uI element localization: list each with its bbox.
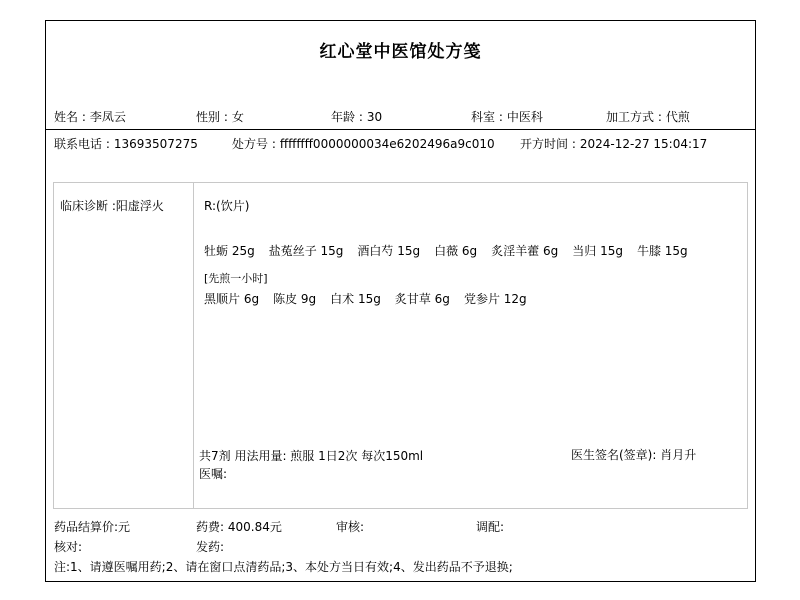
rx-header: R:(饮片) <box>204 197 249 214</box>
herb-item: 牛膝 15g <box>637 244 688 258</box>
herb-line-1: 牡蛎 25g盐菟丝子 15g酒白芍 15g白薇 6g炙淫羊藿 6g当归 15g牛… <box>204 242 741 259</box>
gender-label: 性别 : <box>196 110 228 124</box>
herb-item: 白术 15g <box>330 292 381 306</box>
herb-item: 白薇 6g <box>434 244 477 258</box>
field-patient-name: 姓名 :李凤云 <box>54 108 126 125</box>
footer-row-1: 药品结算价:元 药费: 400.84元 审核: 调配: <box>46 518 755 534</box>
patient-name-value: 李凤云 <box>90 110 126 124</box>
field-prescribe-time: 开方时间 :2024-12-27 15:04:17 <box>520 135 707 152</box>
herb-item: 盐菟丝子 15g <box>269 244 344 258</box>
doctor-signature: 医生签名(签章): 肖月升 <box>571 447 703 464</box>
herb-item: 炙甘草 6g <box>395 292 450 306</box>
check-field: 核对: <box>54 538 82 555</box>
age-value: 30 <box>367 110 382 124</box>
field-gender: 性别 :女 <box>196 108 244 125</box>
field-processing-method: 加工方式 :代煎 <box>606 108 690 125</box>
phone-label: 联系电话 : <box>54 137 110 151</box>
header-divider-line <box>46 129 755 130</box>
prescription-body-box: 临床诊断 :阳虚浮火 R:(饮片) 牡蛎 25g盐菟丝子 15g酒白芍 15g白… <box>53 182 748 509</box>
herb-item: 酒白芍 15g <box>357 244 420 258</box>
rx-cell: R:(饮片) 牡蛎 25g盐菟丝子 15g酒白芍 15g白薇 6g炙淫羊藿 6g… <box>195 183 747 508</box>
patient-info-row-2: 联系电话 :13693507275 处方号 :ffffffff000000003… <box>46 135 755 151</box>
review-field: 审核: <box>336 518 364 535</box>
field-department: 科室 :中医科 <box>471 108 543 125</box>
herb-item: 陈皮 9g <box>273 292 316 306</box>
medicine-fee-field: 药费: 400.84元 <box>196 518 282 535</box>
gender-value: 女 <box>232 110 244 124</box>
herb-item: 牡蛎 25g <box>204 244 255 258</box>
herb-item: 党参片 12g <box>464 292 527 306</box>
prescription-no-value: ffffffff0000000034e6202496a9c010 <box>280 137 495 151</box>
footer-note: 注:1、请遵医嘱用药;2、请在窗口点清药品;3、本处方当日有效;4、发出药品不予… <box>54 558 513 575</box>
herb-item: 黑顺片 6g <box>204 292 259 306</box>
field-phone: 联系电话 :13693507275 <box>54 135 198 152</box>
doctor-advice-label: 医嘱: <box>199 465 227 482</box>
herb-line-2: 黑顺片 6g陈皮 9g白术 15g炙甘草 6g党参片 12g <box>204 290 741 307</box>
prescribe-time-label: 开方时间 : <box>520 137 576 151</box>
usage-summary: 共7剂 用法用量: 煎服 1日2次 每次150ml <box>199 447 423 464</box>
footer-row-2: 核对: 发药: <box>46 538 755 554</box>
patient-name-label: 姓名 : <box>54 110 86 124</box>
prescription-page: 红心堂中医馆处方笺 姓名 :李凤云 性别 :女 年龄 :30 科室 :中医科 加… <box>45 20 756 582</box>
phone-value: 13693507275 <box>114 137 198 151</box>
processing-method-label: 加工方式 : <box>606 110 662 124</box>
precook-note: [先煎一小时] <box>204 270 268 286</box>
dispense-field: 调配: <box>476 518 504 535</box>
age-label: 年龄 : <box>331 110 363 124</box>
diagnosis-label: 临床诊断 : <box>60 199 116 213</box>
prescribe-time-value: 2024-12-27 15:04:17 <box>580 137 707 151</box>
herb-item: 炙淫羊藿 6g <box>491 244 558 258</box>
field-age: 年龄 :30 <box>331 108 382 125</box>
herb-item: 当归 15g <box>572 244 623 258</box>
department-value: 中医科 <box>507 110 543 124</box>
issue-field: 发药: <box>196 538 224 555</box>
prescription-title: 红心堂中医馆处方笺 <box>46 37 755 62</box>
field-prescription-no: 处方号 :ffffffff0000000034e6202496a9c010 <box>232 135 495 152</box>
prescription-no-label: 处方号 : <box>232 137 276 151</box>
processing-method-value: 代煎 <box>666 110 690 124</box>
patient-info-row-1: 姓名 :李凤云 性别 :女 年龄 :30 科室 :中医科 加工方式 :代煎 <box>46 108 755 124</box>
department-label: 科室 : <box>471 110 503 124</box>
diagnosis-value: 阳虚浮火 <box>116 199 164 213</box>
clinical-diagnosis-cell: 临床诊断 :阳虚浮火 <box>54 183 194 508</box>
settle-price-field: 药品结算价:元 <box>54 518 130 535</box>
